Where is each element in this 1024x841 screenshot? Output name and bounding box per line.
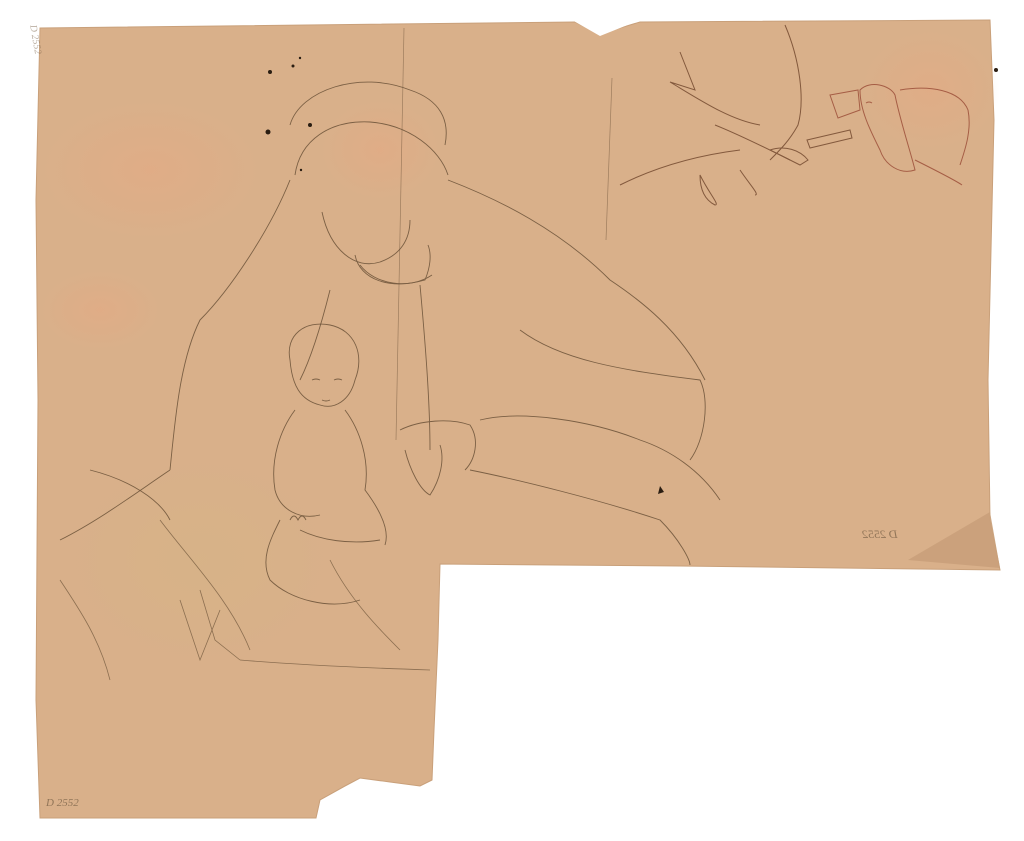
- drawing-artwork: [0, 0, 1024, 841]
- inventory-number-right: D 2552: [862, 527, 898, 542]
- inventory-number-left: D 2552: [46, 797, 79, 809]
